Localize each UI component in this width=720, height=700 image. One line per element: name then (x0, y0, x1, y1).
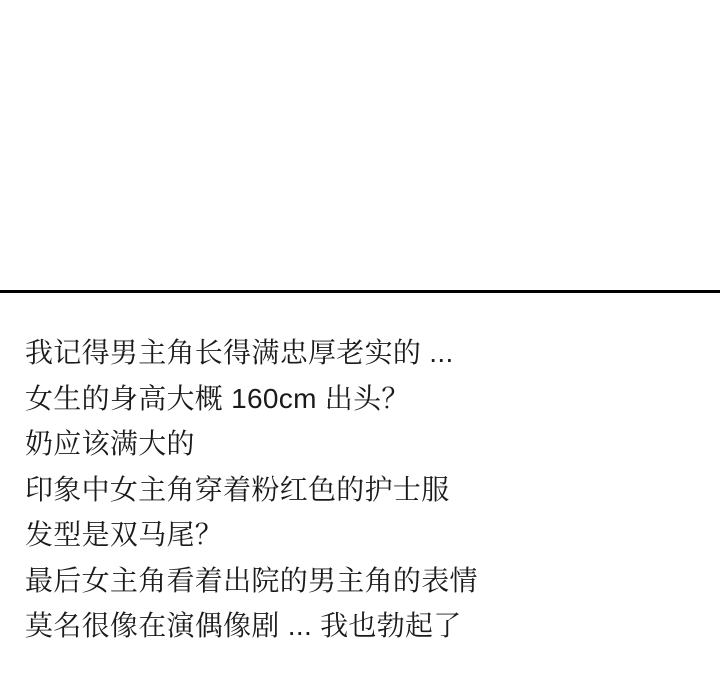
comment-line: 最后女主角看着出院的男主角的表情 (25, 558, 705, 604)
comment-line: 我记得男主角长得满忠厚老实的 ... (25, 330, 705, 376)
comment-line: 印象中女主角穿着粉红色的护士服 (25, 467, 705, 513)
comment-line: 奶应该满大的 (25, 421, 705, 467)
comment-line: 女生的身高大概 160cm 出头？ (25, 376, 705, 422)
section-divider (0, 290, 720, 293)
comment-text-block: 我记得男主角长得满忠厚老实的 ... 女生的身高大概 160cm 出头？ 奶应该… (25, 330, 705, 649)
comment-line: 莫名很像在演偶像剧 ... 我也勃起了 (25, 603, 705, 649)
comment-line: 发型是双马尾？ (25, 512, 705, 558)
page: 我记得男主角长得满忠厚老实的 ... 女生的身高大概 160cm 出头？ 奶应该… (0, 0, 720, 700)
